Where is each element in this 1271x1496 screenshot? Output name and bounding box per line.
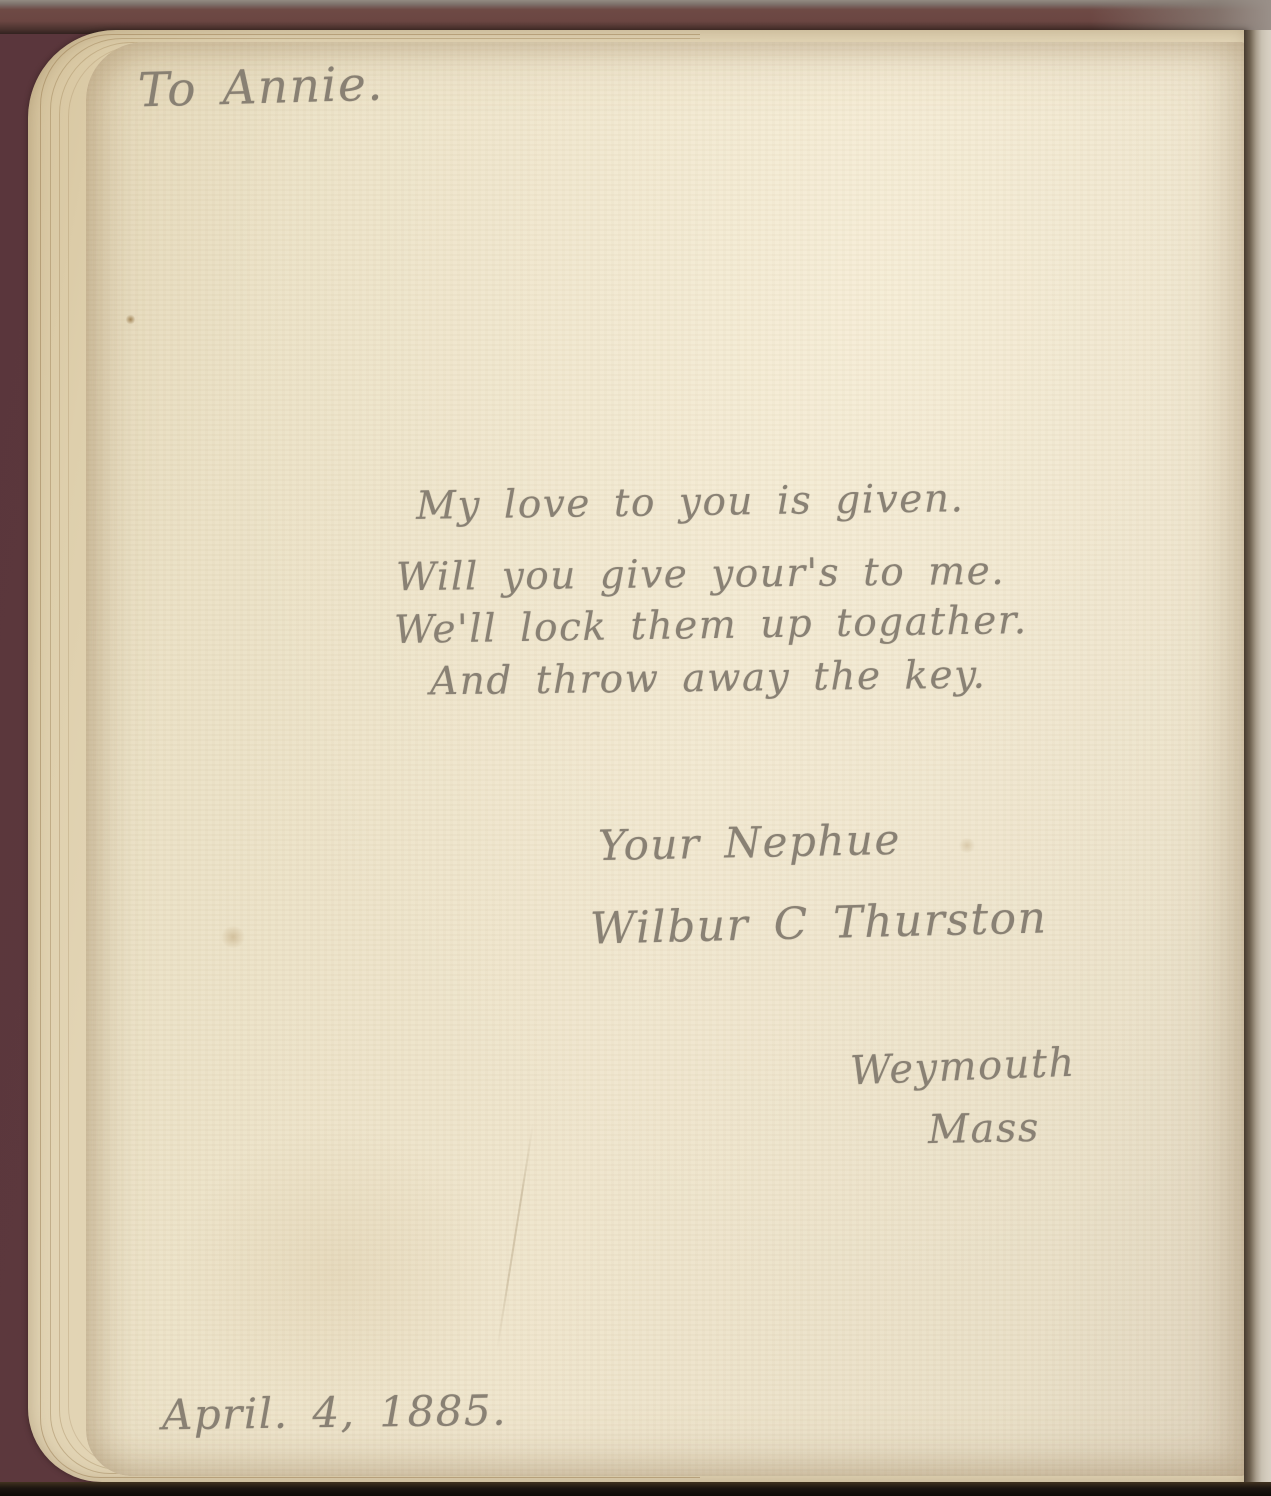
scanned-album-page: To Annie. My love to you is given. Will … bbox=[0, 0, 1271, 1496]
poem-line: Will you give your's to me. bbox=[396, 549, 1006, 600]
paper-crease bbox=[496, 1123, 534, 1350]
page-stain bbox=[220, 926, 246, 948]
book-gutter-edge bbox=[1244, 30, 1271, 1483]
location-city: Weymouth bbox=[849, 1040, 1076, 1095]
signature-relation: Your Nephue bbox=[598, 815, 902, 870]
page-stain bbox=[176, 1122, 496, 1422]
poem-line: We'll lock them up togather. bbox=[394, 598, 1028, 653]
poem-line: My love to you is given. bbox=[416, 476, 965, 529]
poem-line: And throw away the key. bbox=[430, 653, 987, 705]
album-page: To Annie. My love to you is given. Will … bbox=[86, 42, 1245, 1476]
dedication-text: To Annie. bbox=[137, 57, 384, 119]
page-stain bbox=[958, 838, 976, 853]
book-cover-top-edge bbox=[0, 0, 1271, 34]
page-stain bbox=[126, 314, 135, 325]
date-text: April. 4, 1885. bbox=[162, 1386, 508, 1440]
location-state: Mass bbox=[928, 1105, 1041, 1153]
signature-name: Wilbur C Thurston bbox=[589, 892, 1048, 954]
bottom-cover-shadow bbox=[0, 1482, 1271, 1496]
